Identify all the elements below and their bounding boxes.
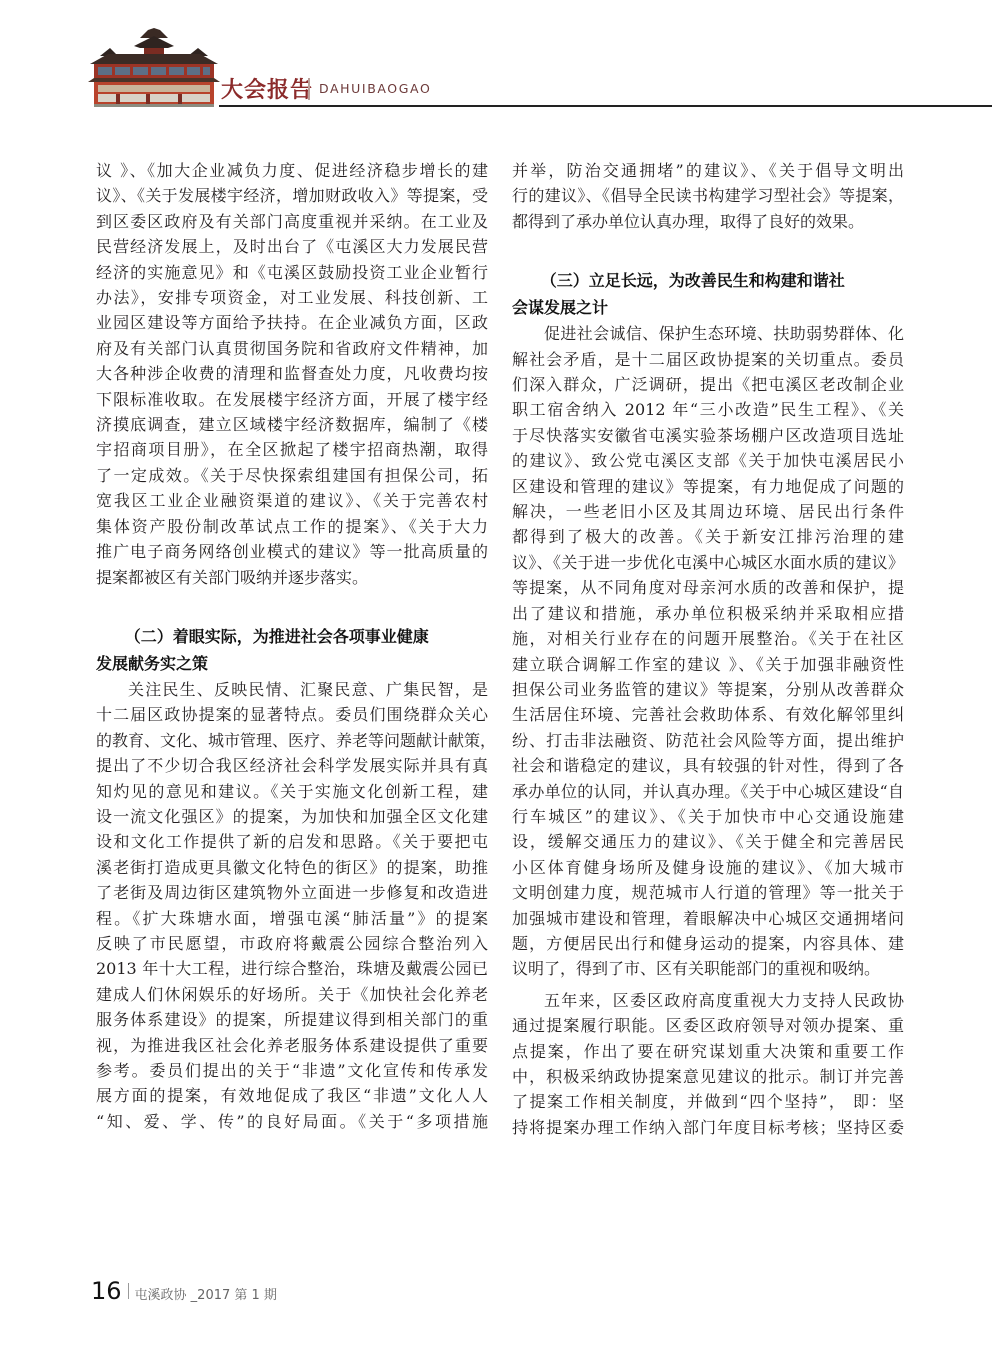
- text-line: 推广电子商务网络创业模式的建议》等一批高质量的: [96, 539, 488, 564]
- text-line: 等提案，从不同角度对母亲河水质的改善和保护，提: [512, 575, 904, 600]
- text-line: 的教育、文化、城市管理、医疗、养老等问题献计献策，: [96, 728, 488, 753]
- text-line: 议 》、《加大企业减负力度、促进经济稳步增长的建: [96, 158, 488, 183]
- text-line: 担保公司业务监管的建议》等提案，分别从改善群众: [512, 677, 904, 702]
- text-line: 文明创建力度，规范城市人行道的管理》等一批关于: [512, 880, 904, 905]
- text-line: 生活居住环境、完善社会救助体系、有效化解邻里纠: [512, 702, 904, 727]
- text-line: 2013 年十大工程，进行综合整治，珠塘及戴震公园已: [96, 956, 488, 981]
- text-line: 建立联合调解工作室的建议 》、《关于加强非融资性: [512, 652, 904, 677]
- text-line: 知灼见的意见和建议。《关于实施文化创新工程，建: [96, 779, 488, 804]
- text-line: 民营经济发展上，及时出台了《屯溪区大力发展民营: [96, 234, 488, 259]
- text-line: 议》、《关于进一步优化屯溪中心城区水面水质的建议》: [512, 550, 904, 575]
- text-line: 服务体系建设》的提案，所提建议得到相关部门的重: [96, 1007, 488, 1032]
- text-line: 于尽快落实安徽省屯溪实验茶场棚户区改造项目选址: [512, 423, 904, 448]
- text-line: 中，积极采纳政协提案意见建议的批示。制订并完善: [512, 1064, 904, 1089]
- text-line: 小区体育健身场所及健身设施的建议》、《加大城市: [512, 855, 904, 880]
- paragraph-five-years: 五年来，区委区政府高度重视大力支持人民政协 通过提案履行职能。区委区政府领导对领…: [512, 988, 904, 1140]
- text-line: 行车城区”的建议》、《关于加快市中心交通设施建: [512, 804, 904, 829]
- text-line: 大各种涉企收费的清理和监督查处力度，凡收费均按: [96, 361, 488, 386]
- page-header: 大会报告 DAHUIBAOGAO: [0, 0, 992, 140]
- text-line: 的建议》、致公党屯溪区支部《关于加快屯溪居民小: [512, 448, 904, 473]
- text-line: 下限标准收取。在发展楼宇经济方面，开展了楼宇经: [96, 387, 488, 412]
- text-line: 建成人们休闲娱乐的好场所。关于《加快社会化养老: [96, 982, 488, 1007]
- text-line: 了提案工作相关制度，并做到“四个坚持”， 即：坚: [512, 1089, 904, 1114]
- text-line: 并举，防治交通拥堵”的建议》、《关于倡导文明出: [512, 158, 904, 183]
- text-line: 职工宿舍纳入 2012 年“三小改造”民生工程》、《关: [512, 397, 904, 422]
- text-line: 加强城市建设和管理，着眼解决中心城区交通拥堵问: [512, 906, 904, 931]
- text-line: 设，缓解交通压力的建议》、《关于健全和完善居民: [512, 829, 904, 854]
- text-line: 五年来，区委区政府高度重视大力支持人民政协: [512, 988, 904, 1013]
- text-line: 十二届区政协提案的显著特点。委员们围绕群众关心: [96, 702, 488, 727]
- header-divider: [308, 78, 310, 100]
- paragraph-economy: 议 》、《加大企业减负力度、促进经济稳步增长的建 议》、《关于发展楼宇经济，增加…: [96, 158, 488, 590]
- text-line: 区建设和管理的建议》等提案，有力地促成了问题的: [512, 474, 904, 499]
- text-line: 纷、打击非法融资、防范社会风险等方面，提出维护: [512, 728, 904, 753]
- heading-line: 发展献务实之策: [96, 650, 488, 677]
- section-subtitle: DAHUIBAOGAO: [319, 81, 431, 96]
- text-line: 都得到了极大的改善。《关于新安江排污治理的建: [512, 524, 904, 549]
- left-column: 议 》、《加大企业减负力度、促进经济稳步增长的建 议》、《关于发展楼宇经济，增加…: [96, 158, 488, 1134]
- text-line: 题，方便居民出行和健身运动的提案，内容具体、建: [512, 931, 904, 956]
- right-column: 并举，防治交通拥堵”的建议》、《关于倡导文明出 行的建议》、《倡导全民读书构建学…: [512, 158, 904, 1140]
- text-line: 济摸底调查，建立区域楼宇经济数据库，编制了《楼: [96, 412, 488, 437]
- text-line: 经济的实施意见》和《屯溪区鼓励投资工业企业暂行: [96, 260, 488, 285]
- text-line: 们深入群众，广泛调研，提出《把屯溪区老改制企业: [512, 372, 904, 397]
- text-line: 促进社会诚信、保护生态环境、扶助弱势群体、化: [512, 321, 904, 346]
- text-line: 参考。委员们提出的关于“非遗”文化宣传和传承发: [96, 1058, 488, 1083]
- text-line: 业园区建设等方面给予扶持。在企业减负方面，区政: [96, 310, 488, 335]
- text-line: 展方面的提案，有效地促成了我区“非遗”文化人人: [96, 1083, 488, 1108]
- text-line: 视，为推进我区社会化养老服务体系建设提供了重要: [96, 1033, 488, 1058]
- heading-line: （三）立足长远，为改善民生和构建和谐社: [512, 267, 904, 294]
- text-line: 了一定成效。《关于尽快探索组建国有担保公司，拓: [96, 463, 488, 488]
- publication-issue: 屯溪政协 _2017 第 1 期: [135, 1284, 277, 1303]
- footer-divider: [128, 1283, 129, 1299]
- paragraph-social: 关注民生、反映民情、汇聚民意、广集民智，是 十二届区政协提案的显著特点。委员们围…: [96, 677, 488, 1134]
- paragraph-livelihood: 促进社会诚信、保护生态环境、扶助弱势群体、化 解社会矛盾，是十二届区政协提案的关…: [512, 321, 904, 982]
- pavilion-image: [88, 28, 220, 108]
- section-title: 大会报告: [221, 73, 313, 104]
- text-line: 提出了不少切合我区经济社会科学发展实际并具有真: [96, 753, 488, 778]
- pavilion-illustration-icon: [88, 28, 220, 108]
- text-line: 出了建议和措施，承办单位积极采纳并采取相应措: [512, 601, 904, 626]
- text-line: 通过提案履行职能。区委区政府领导对领办提案、重: [512, 1013, 904, 1038]
- text-line: 设和文化工作提供了新的启发和思路。《关于要把屯: [96, 829, 488, 854]
- text-line: 设一流文化强区》的提案，为加快和加强全区文化建: [96, 804, 488, 829]
- text-line: 程。《扩大珠塘水面，增强屯溪“肺活量”》的提案: [96, 906, 488, 931]
- text-line: 了老街及周边街区建筑物外立面进一步修复和改造进: [96, 880, 488, 905]
- text-line: 解社会矛盾，是十二届区政协提案的关切重点。委员: [512, 347, 904, 372]
- text-line: 持将提案办理工作纳入部门年度目标考核；坚持区委: [512, 1115, 904, 1140]
- text-line: 溪老街打造成更具徽文化特色的街区》的提案，助推: [96, 855, 488, 880]
- text-line: 提案都被区有关部门吸纳并逐步落实。: [96, 565, 488, 590]
- paragraph-traffic-continued: 并举，防治交通拥堵”的建议》、《关于倡导文明出 行的建议》、《倡导全民读书构建学…: [512, 158, 904, 234]
- text-line: 议明了，得到了市、区有关职能部门的重视和吸纳。: [512, 956, 904, 981]
- text-line: “知、爱、学、传”的良好局面。《关于“多项措施: [96, 1109, 488, 1134]
- text-line: 社会和谐稳定的建议，具有较强的针对性，得到了各: [512, 753, 904, 778]
- text-line: 办法》，安排专项资金，对工业发展、科技创新、工: [96, 285, 488, 310]
- text-line: 施，对相关行业存在的问题开展整治。《关于在社区: [512, 626, 904, 651]
- text-line: 关注民生、反映民情、汇聚民意、广集民智，是: [96, 677, 488, 702]
- header-rule: [219, 105, 992, 107]
- heading-line: （二）着眼实际，为推进社会各项事业健康: [96, 623, 488, 650]
- text-line: 议》、《关于发展楼宇经济，增加财政收入》等提案，受: [96, 183, 488, 208]
- text-line: 都得到了承办单位认真办理，取得了良好的效果。: [512, 209, 904, 234]
- heading-section-2: （二）着眼实际，为推进社会各项事业健康 发展献务实之策: [96, 623, 488, 677]
- text-line: 府及有关部门认真贯彻国务院和省政府文件精神，加: [96, 336, 488, 361]
- text-line: 宽我区工业企业融资渠道的建议》、《关于完善农村: [96, 488, 488, 513]
- text-line: 宇招商项目册》，在全区掀起了楼宇招商热潮，取得: [96, 437, 488, 462]
- text-line: 解决，一些老旧小区及其周边环境、居民出行条件: [512, 499, 904, 524]
- text-line: 点提案，作出了要在研究谋划重大决策和重要工作: [512, 1039, 904, 1064]
- text-line: 反映了市民愿望，市政府将戴震公园综合整治列入: [96, 931, 488, 956]
- heading-line: 会谋发展之计: [512, 294, 904, 321]
- text-line: 到区委区政府及有关部门高度重视并采纳。在工业及: [96, 209, 488, 234]
- page-number: 16: [91, 1277, 122, 1305]
- text-line: 承办单位的认同，并认真办理。《关于中心城区建设“自: [512, 779, 904, 804]
- text-line: 集体资产股份制改革试点工作的提案》、《关于大力: [96, 514, 488, 539]
- text-line: 行的建议》、《倡导全民读书构建学习型社会》等提案，: [512, 183, 904, 208]
- heading-section-3: （三）立足长远，为改善民生和构建和谐社 会谋发展之计: [512, 267, 904, 321]
- spacer: [96, 590, 488, 623]
- spacer: [512, 234, 904, 267]
- page-footer: 16 屯溪政协 _2017 第 1 期: [91, 1277, 277, 1307]
